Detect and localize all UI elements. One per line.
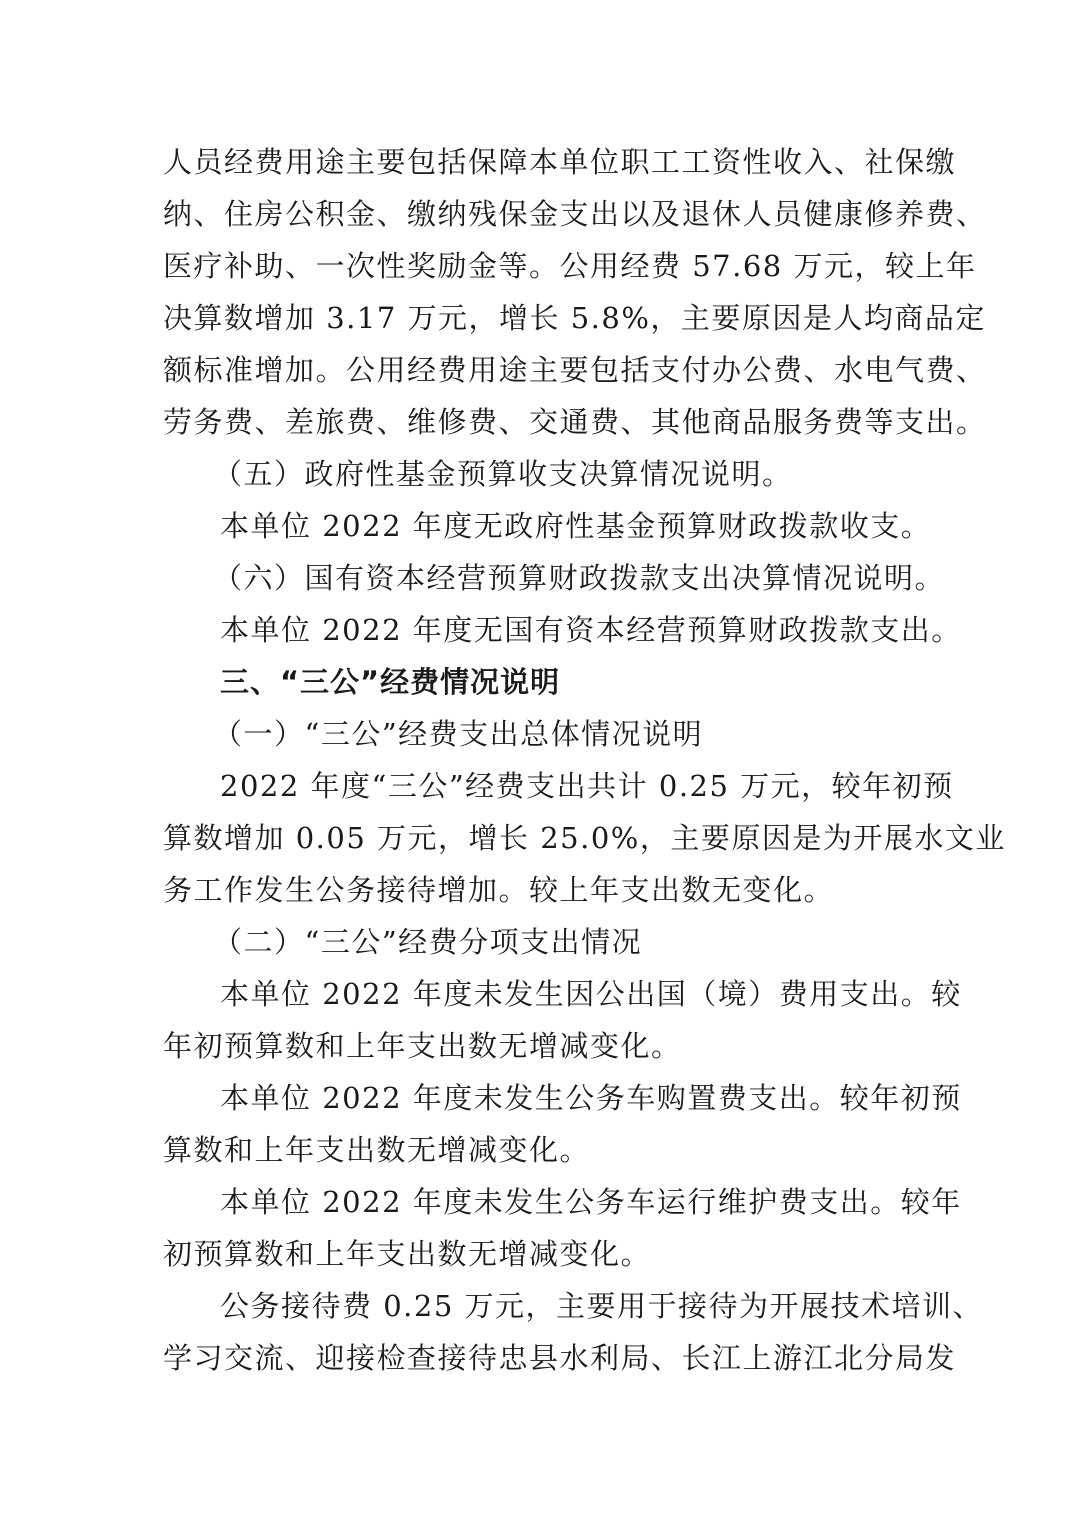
paragraph-line: 本单位 2022 年度未发生因公出国（境）费用支出。较 bbox=[220, 977, 980, 1011]
section-subheading: （一）“三公”经费支出总体情况说明 bbox=[213, 717, 973, 751]
paragraph-line: 本单位 2022 年度未发生公务车运行维护费支出。较年 bbox=[220, 1185, 980, 1219]
paragraph-line: 医疗补助、一次性奖励金等。公用经费 57.68 万元，较上年 bbox=[163, 249, 923, 283]
paragraph-line: 本单位 2022 年度未发生公务车购置费支出。较年初预 bbox=[220, 1081, 980, 1115]
paragraph-line: 劳务费、差旅费、维修费、交通费、其他商品服务费等支出。 bbox=[163, 405, 923, 439]
paragraph-line: 决算数增加 3.17 万元，增长 5.8%，主要原因是人均商品定 bbox=[163, 301, 923, 335]
paragraph-line: 纳、住房公积金、缴纳残保金支出以及退休人员健康修养费、 bbox=[163, 197, 923, 231]
section-subheading: （五）政府性基金预算收支决算情况说明。 bbox=[213, 457, 973, 491]
paragraph-line: 算数增加 0.05 万元，增长 25.0%，主要原因是为开展水文业 bbox=[163, 821, 923, 855]
document-page: 人员经费用途主要包括保障本单位职工工资性收入、社保缴 纳、住房公积金、缴纳残保金… bbox=[0, 0, 1074, 1520]
paragraph-line: 算数和上年支出数无增减变化。 bbox=[163, 1133, 923, 1167]
paragraph-line: 公务接待费 0.25 万元，主要用于接待为开展技术培训、 bbox=[220, 1289, 980, 1323]
paragraph-line: 本单位 2022 年度无政府性基金预算财政拨款收支。 bbox=[220, 509, 980, 543]
section-subheading: （二）“三公”经费分项支出情况 bbox=[213, 925, 973, 959]
paragraph-line: 学习交流、迎接检查接待忠县水利局、长江上游江北分局发 bbox=[163, 1341, 923, 1375]
paragraph-line: 务工作发生公务接待增加。较上年支出数无变化。 bbox=[163, 873, 923, 907]
paragraph-line: 额标准增加。公用经费用途主要包括支付办公费、水电气费、 bbox=[163, 353, 923, 387]
paragraph-line: 人员经费用途主要包括保障本单位职工工资性收入、社保缴 bbox=[163, 145, 923, 179]
paragraph-line: 年初预算数和上年支出数无增减变化。 bbox=[163, 1029, 923, 1063]
section-subheading: （六）国有资本经营预算财政拨款支出决算情况说明。 bbox=[213, 561, 973, 595]
paragraph-line: 初预算数和上年支出数无增减变化。 bbox=[163, 1237, 923, 1271]
paragraph-line: 2022 年度“三公”经费支出共计 0.25 万元，较年初预 bbox=[220, 769, 980, 803]
paragraph-line: 本单位 2022 年度无国有资本经营预算财政拨款支出。 bbox=[220, 613, 980, 647]
section-heading: 三、“三公”经费情况说明 bbox=[220, 665, 980, 699]
